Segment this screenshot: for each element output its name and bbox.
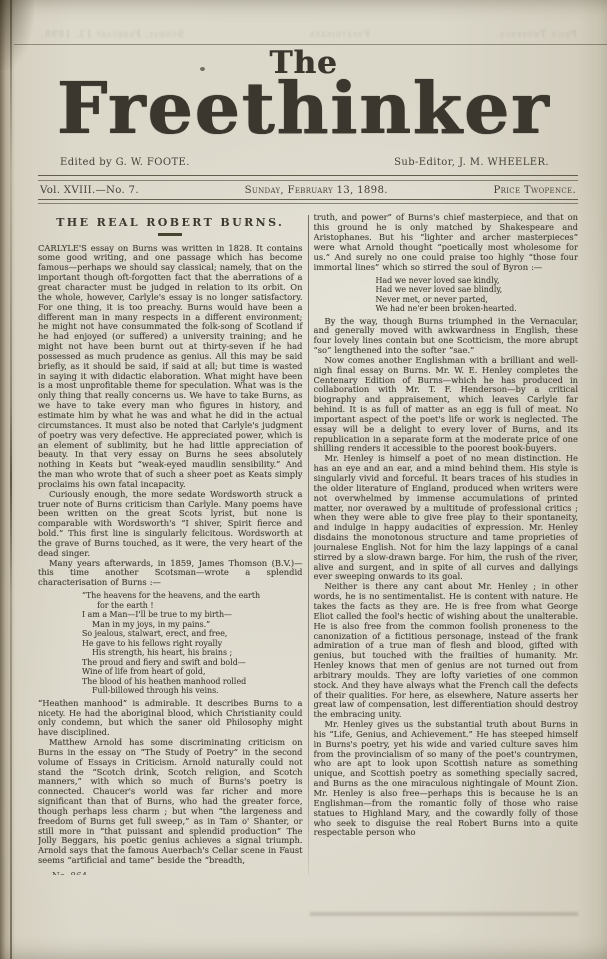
masthead: The Freethinker Edited by G. W. FOOTE. S…	[0, 0, 607, 168]
paragraph: Many years afterwards, in 1859, James Th…	[38, 559, 303, 589]
issue-date: Sunday, February 13, 1898.	[245, 185, 388, 196]
page-content: Vol. XVIII.—No. 7. Sunday, February 13, …	[38, 175, 578, 875]
article-title-rule	[158, 233, 182, 235]
bleed-through-smudge	[310, 912, 578, 916]
divider-rule-bottom	[38, 199, 578, 205]
paragraph: Mr. Henley gives us the substantial trut…	[314, 720, 579, 838]
volume-number: Vol. XVIII.—No. 7.	[40, 185, 139, 196]
issue-footline: No. 864.	[52, 872, 303, 875]
article-title: THE REAL ROBERT BURNS.	[38, 216, 303, 229]
column-divider-rule	[308, 215, 309, 875]
editor-credit: Edited by G. W. FOOTE.	[60, 157, 190, 168]
paragraph: By the way, though Burns triumphed in th…	[314, 317, 579, 356]
paragraph: truth, and power” of Burns's chief maste…	[314, 213, 579, 272]
sub-editor-credit: Sub-Editor, J. M. WHEELER.	[394, 157, 549, 168]
paragraph: Curiously enough, the more sedate Wordsw…	[38, 490, 303, 559]
thomson-poem-quote: “The heavens for the heavens, and the ea…	[82, 591, 303, 696]
paragraph: CARLYLE'S essay on Burns was written in …	[38, 244, 303, 490]
editor-row: Edited by G. W. FOOTE. Sub-Editor, J. M.…	[60, 157, 549, 168]
issue-price: Price Twopence.	[494, 185, 576, 196]
masthead-title: Freethinker	[0, 75, 607, 142]
paragraph: Matthew Arnold has some discriminating c…	[38, 738, 303, 866]
paragraph: Now comes another Englishman with a bril…	[314, 356, 579, 454]
left-column: THE REAL ROBERT BURNS. CARLYLE'S essay o…	[38, 213, 303, 875]
issue-info-bar: Vol. XVIII.—No. 7. Sunday, February 13, …	[38, 181, 578, 199]
article-columns: THE REAL ROBERT BURNS. CARLYLE'S essay o…	[38, 213, 578, 875]
right-column: truth, and power” of Burns's chief maste…	[314, 213, 579, 875]
byron-quatrain-quote: Had we never loved sae kindly, Had we ne…	[376, 276, 579, 314]
paragraph: “Heathen manhood” is admirable. It descr…	[38, 699, 303, 738]
paragraph: Neither is there any cant about Mr. Henl…	[314, 582, 579, 720]
newspaper-page: Price Twopence. Freethinker Sunday, Febr…	[0, 0, 607, 959]
paragraph: Mr. Henley is himself a poet of no mean …	[314, 454, 579, 582]
